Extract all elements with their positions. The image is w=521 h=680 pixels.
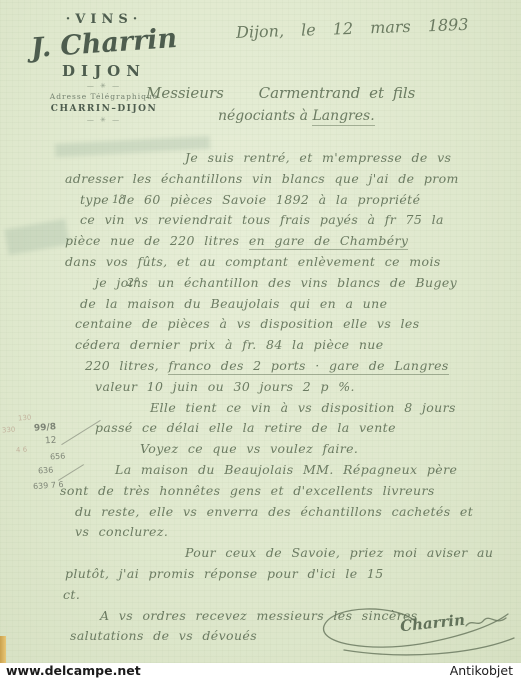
recipient-city-underlined: Langres.: [312, 108, 374, 126]
letter-line: dans vos fûts, et au comptant enlèvement…: [65, 254, 521, 275]
letter-line: du reste, elle vs enverra des échantillo…: [75, 504, 521, 525]
signature-block: Charrin: [316, 592, 518, 664]
pencil-note: 656: [50, 451, 66, 461]
recipient-line-2: négociants à Langres.: [218, 108, 375, 124]
letter-line: 220 litres, franco des 2 ports · gare de…: [85, 358, 521, 379]
watermark-antikobjet: Antikobjet: [450, 663, 513, 678]
letter-line: Je suis rentré, et m'empresse de vs: [185, 150, 521, 171]
recipient-line-1: Messieurs Carmentrand et fils: [146, 84, 415, 102]
recipient-salutation: Messieurs: [146, 84, 224, 102]
letter-line: vs conclurez.: [75, 524, 521, 545]
letterhead-ornament: — ✳ —: [20, 116, 188, 124]
letter-body: Je suis rentré, et m'empresse de vs adre…: [0, 150, 521, 649]
letter-line: 2°je joins un échantillon des vins blanc…: [95, 275, 521, 296]
dateline: Dijon, le 12 mars 1893: [236, 13, 518, 42]
pencil-note: 12: [45, 436, 57, 447]
letterhead: ·VINS· J. Charrin DIJON — ✳ — Adresse Té…: [20, 12, 188, 124]
watermark-bar: www.delcampe.net Antikobjet: [0, 663, 521, 680]
item-marker: 1°: [112, 193, 125, 206]
letter-line: Elle tient ce vin à vs disposition 8 jou…: [150, 400, 521, 421]
letter-line: sont de très honnêtes gens et d'excellen…: [60, 483, 521, 504]
pencil-note: 636: [38, 465, 54, 475]
recipient-city-prefix: négociants à: [218, 108, 312, 124]
letterhead-telegraph-address: CHARRIN–DIJON: [20, 104, 188, 114]
pencil-note: 99/8: [34, 422, 57, 434]
letter-line: 1°type de 60 pièces Savoie 1892 à la pro…: [80, 192, 521, 213]
scan-edge-artifact: [0, 636, 6, 663]
pencil-note: 4 6: [16, 446, 28, 455]
letter-line: cédera dernier prix à fr. 84 la pièce nu…: [75, 337, 521, 358]
letter-line: La maison du Beaujolais MM. Répagneux pè…: [115, 462, 521, 483]
item-marker: 2°: [127, 276, 140, 289]
letter-line: valeur 10 juin ou 30 jours 2 p %.: [95, 379, 521, 400]
letter-line: adresser les échantillons vin blancs que…: [65, 171, 521, 192]
letter-line: centaine de pièces à vs disposition elle…: [75, 316, 521, 337]
letter-line: Pour ceux de Savoie, priez moi aviser au: [185, 545, 521, 566]
recipient-name: Carmentrand et fils: [259, 84, 416, 102]
letter-line: pièce nue de 220 litres en gare de Chamb…: [65, 233, 521, 254]
pencil-note: 330: [2, 426, 16, 435]
letter-line: ce vin vs reviendrait tous frais payés à…: [80, 212, 521, 233]
letterhead-city: DIJON: [20, 62, 188, 80]
pencil-note: 130: [18, 414, 32, 423]
letter-line: Voyez ce que vs voulez faire.: [140, 441, 521, 462]
letter-scan: ·VINS· J. Charrin DIJON — ✳ — Adresse Té…: [0, 0, 521, 663]
watermark-delcampe: www.delcampe.net: [6, 663, 141, 678]
letterhead-merchant-name: J. Charrin: [19, 22, 189, 65]
letter-line: de la maison du Beaujolais qui en a une: [80, 296, 521, 317]
letter-line: passé ce délai elle la retire de la vent…: [95, 420, 521, 441]
letter-line: plutôt, j'ai promis réponse pour d'ici l…: [65, 566, 521, 587]
